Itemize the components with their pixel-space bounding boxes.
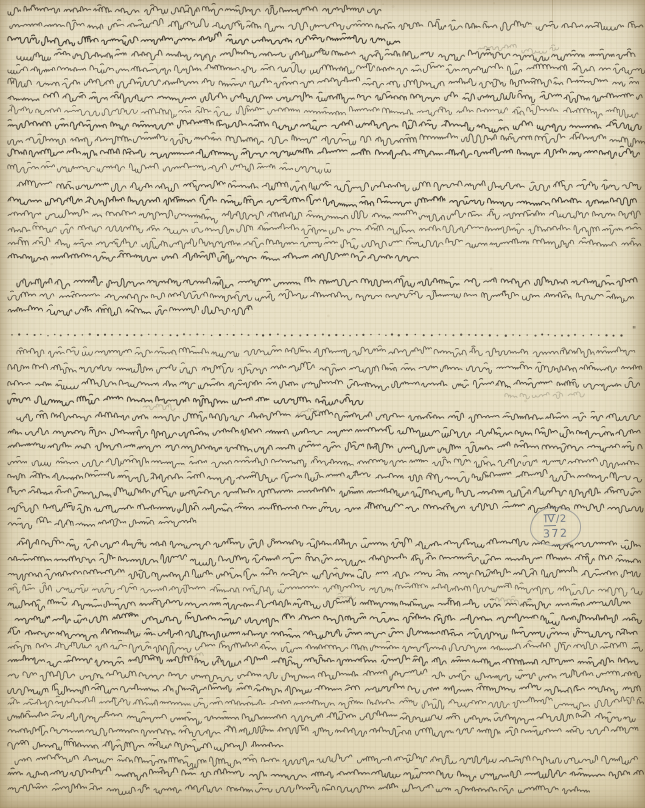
paper-speck: [583, 184, 586, 187]
manuscript-line: [8, 583, 642, 596]
manuscript-paragraph: [8, 275, 637, 315]
manuscript-line: [8, 4, 381, 16]
separator-dot: [256, 334, 258, 336]
paper-speck: [615, 163, 618, 166]
manuscript-line: [8, 655, 638, 668]
manuscript-line: [17, 180, 641, 192]
separator-dot: [335, 334, 337, 336]
separator-dot: [54, 334, 56, 336]
paper-speck: [524, 400, 527, 403]
paper-speck: [366, 160, 367, 161]
separator-dot: [605, 334, 607, 336]
paper-speck: [427, 204, 429, 206]
separator-dot: [203, 334, 205, 336]
separator-dot: [385, 335, 386, 336]
manuscript-line: [8, 640, 642, 654]
paper-speck: [287, 53, 289, 55]
manuscript-line: [8, 455, 639, 468]
manuscript-line: [8, 378, 640, 391]
separator-dot: [548, 334, 550, 336]
paper-speck: [99, 202, 101, 204]
paper-speck: [527, 339, 529, 341]
manuscript-line: [8, 119, 641, 133]
paper-speck: [162, 794, 164, 796]
manuscript-line: [8, 627, 637, 641]
paper-speck: [173, 195, 175, 197]
paper-speck: [545, 466, 548, 469]
paper-speck: [444, 624, 445, 625]
manuscript-line: [17, 410, 640, 423]
separator-dot: [481, 334, 483, 336]
separator-dot: [133, 334, 135, 336]
separator-dot: [362, 334, 364, 336]
paper-speck: [68, 122, 70, 124]
separator-dot: [620, 334, 622, 336]
paper-speck: [318, 250, 319, 251]
pencil-annotation: [143, 402, 175, 410]
dotted-separator: [11, 333, 622, 337]
manuscript-paragraph: [8, 4, 381, 16]
manuscript-line: [8, 91, 642, 103]
manuscript-line: [8, 305, 252, 316]
separator-dot: [356, 334, 358, 336]
paper-speck: [508, 166, 510, 168]
manuscript-paragraph: [8, 612, 644, 751]
manuscript-line: [8, 195, 637, 207]
paper-speck: [262, 796, 263, 797]
paper-speck: [299, 309, 301, 311]
paper-speck: [230, 197, 233, 200]
manuscript-line: [8, 738, 283, 751]
separator-dot: [406, 334, 408, 336]
paper-speck: [265, 78, 266, 79]
separator-dot: [111, 334, 113, 336]
manuscript-line: [17, 48, 635, 61]
manuscript-line: [8, 146, 639, 160]
paper-speck: [54, 477, 56, 479]
manuscript-paragraph: [8, 180, 641, 264]
manuscript-line: [15, 612, 641, 626]
separator-dot: [97, 334, 99, 336]
paper-speck: [526, 80, 528, 82]
separator-dot: [343, 334, 345, 336]
stamp-roman-numeral: IV: [544, 514, 556, 526]
separator-dot: [219, 334, 221, 336]
separator-dot: [519, 335, 521, 337]
manuscript-line: [8, 567, 640, 581]
manuscript-line: [8, 132, 645, 147]
paper-speck: [635, 419, 636, 420]
paper-speck: [329, 649, 331, 651]
paper-speck: [327, 315, 330, 318]
manuscript-line: [8, 104, 638, 118]
paper-speck: [410, 466, 412, 468]
separator-dot: [460, 334, 462, 336]
paper-speck: [493, 2, 495, 4]
paper-speck: [348, 88, 349, 89]
separator-dot: [415, 334, 417, 336]
paper-speck: [85, 167, 88, 170]
separator-dot: [574, 334, 576, 336]
separator-dot: [284, 335, 286, 337]
paper-speck: [504, 752, 506, 754]
separator-dot: [119, 334, 121, 336]
separator-dot: [262, 334, 264, 336]
manuscript-line: [17, 275, 637, 288]
manuscript-line: [8, 553, 640, 566]
paper-speck: [425, 10, 427, 12]
separator-dot: [431, 334, 433, 336]
manuscript-line: [8, 161, 331, 173]
separator-dot: [18, 333, 20, 335]
manuscript-line: [8, 62, 645, 74]
separator-dot: [590, 334, 592, 336]
separator-dot: [89, 333, 91, 335]
pencil-annotation: [505, 392, 584, 399]
separator-dot: [11, 334, 12, 335]
separator-dot: [445, 334, 447, 336]
paper-speck: [325, 522, 326, 523]
separator-dot: [291, 334, 293, 336]
paper-speck: [490, 268, 493, 271]
paper-speck: [175, 650, 176, 651]
separator-dot: [211, 335, 213, 337]
separator-dot: [40, 334, 41, 335]
stamp-number: 372: [543, 528, 569, 540]
separator-dot: [512, 334, 514, 336]
manuscript-line: [8, 393, 363, 406]
separator-dot: [170, 334, 172, 336]
paper-speck: [413, 766, 415, 768]
pencil-annotations: [143, 44, 584, 658]
paper-speck: [209, 567, 211, 569]
paper-speck: [334, 182, 335, 183]
separator-dot: [328, 334, 330, 336]
stamp-line1: IV /2: [544, 514, 567, 527]
paper-speck: [162, 350, 164, 352]
paper-speck: [130, 77, 131, 78]
separator-dot: [299, 335, 301, 337]
manuscript-line: [8, 711, 635, 725]
manuscript-paragraph: [8, 346, 642, 407]
paper-speck: [233, 325, 234, 326]
manuscript-line: [8, 251, 418, 264]
paper-speck: [25, 182, 28, 185]
separator-dot: [60, 334, 62, 336]
separator-dot: [489, 334, 491, 336]
paper-speck: [577, 232, 579, 234]
paper-speck: [91, 584, 93, 586]
manuscript-line: [8, 237, 641, 249]
stamp-fraction: /2: [556, 515, 567, 525]
paper-speck: [163, 751, 164, 752]
manuscript-line: [8, 289, 634, 302]
paper-speck: [618, 410, 619, 411]
separator-dot: [306, 334, 308, 336]
paper-speck: [382, 3, 384, 5]
separator-dot: [378, 334, 379, 335]
separator-dot: [82, 334, 84, 336]
paper-speck: [152, 558, 153, 559]
separator-dot: [370, 334, 371, 335]
separator-dot: [314, 334, 316, 336]
separator-dot: [423, 334, 425, 336]
manuscript-paragraph: [8, 538, 642, 611]
manuscript-line: [8, 441, 642, 454]
paper-speck: [157, 64, 160, 67]
separator-dot: [126, 334, 128, 336]
manuscript-line: [8, 209, 640, 223]
separator-dot: [227, 334, 228, 335]
paper-speck: [225, 706, 226, 707]
manuscript-line: [17, 346, 635, 358]
separator-dot: [74, 334, 76, 336]
separator-dot: [468, 334, 470, 336]
separator-dot: [561, 334, 563, 336]
paper-speck: [614, 230, 616, 232]
paper-speck: [19, 494, 21, 496]
handwriting-layer: [0, 0, 645, 808]
separator-dot: [34, 334, 36, 336]
separator-dot: [176, 334, 178, 336]
separator-dot: [541, 333, 543, 335]
manuscript-line: [10, 18, 643, 31]
paper-speck: [139, 701, 141, 703]
separator-dot: [554, 335, 556, 337]
manuscript-page: " IV /2 372: [0, 0, 645, 808]
manuscript-line: [8, 725, 638, 738]
separator-dot: [233, 334, 235, 336]
manuscript-line: [8, 669, 641, 682]
paper-speck: [248, 624, 250, 626]
separator-dot: [155, 334, 157, 336]
paper-speck: [175, 99, 177, 101]
pencil-annotation: [337, 593, 355, 599]
separator-dot: [598, 334, 599, 335]
separator-dot: [391, 333, 393, 335]
manuscript-paragraph: [8, 48, 645, 173]
paper-speck: [50, 263, 53, 266]
separator-dot: [148, 334, 150, 336]
separator-dot: [582, 335, 584, 337]
manuscript-line: [8, 783, 590, 795]
paper-speck: [363, 488, 365, 490]
separator-dot: [67, 334, 69, 336]
manuscript-paragraph: [8, 754, 644, 795]
paper-speck: [12, 116, 14, 118]
paper-speck: [0, 618, 2, 620]
paper-speck: [135, 481, 136, 482]
separator-dot: [162, 334, 163, 335]
paper-speck: [252, 314, 253, 315]
paper-speck: [536, 224, 539, 227]
separator-dot: [505, 335, 507, 337]
manuscript-line: [8, 766, 644, 781]
manuscript-line: [8, 32, 400, 46]
separator-dot: [189, 334, 190, 335]
manuscript-line: [8, 426, 640, 439]
paper-speck: [395, 446, 397, 448]
paper-speck: [226, 612, 228, 614]
separator-dot: [47, 335, 48, 336]
separator-dot: [196, 333, 198, 335]
separator-dot: [349, 335, 351, 337]
separator-dot: [475, 334, 477, 336]
separator-dot: [613, 335, 615, 337]
paper-speck: [236, 557, 237, 558]
separator-dot: [241, 334, 243, 336]
paper-speck: [48, 63, 50, 65]
separator-dot: [248, 334, 250, 336]
separator-dot: [398, 334, 400, 336]
paper-speck: [293, 95, 295, 97]
separator-dot: [452, 334, 454, 336]
paper-speck: [268, 3, 270, 5]
paper-speck: [601, 709, 603, 711]
manuscript-line: [8, 76, 639, 89]
separator-dot: [141, 334, 143, 336]
manuscript-line: [8, 598, 630, 611]
manuscript-line: [8, 469, 642, 484]
manuscript-line: [8, 486, 641, 498]
separator-dot: [269, 334, 271, 336]
manuscript-line: [8, 222, 641, 236]
paper-speck: [319, 50, 321, 52]
paper-speck: [392, 5, 395, 8]
separator-dot: [534, 335, 536, 337]
separator-dot: [183, 333, 185, 335]
paper-speck: [162, 14, 165, 17]
manuscript-line: [8, 683, 641, 695]
paper-speck: [37, 476, 40, 479]
paper-speck: [478, 30, 480, 32]
separator-dot: [104, 334, 106, 336]
paper-speck: [26, 627, 28, 629]
manuscript-paragraph: [8, 18, 643, 45]
paper-speck: [173, 292, 174, 293]
separator-dot: [497, 335, 499, 337]
separator-dot: [567, 335, 569, 337]
manuscript-line: [8, 696, 644, 709]
separator-dot: [526, 334, 528, 336]
pencil-annotation: [492, 596, 531, 605]
paper-speck: [498, 229, 499, 230]
separator-quote-mark: ": [632, 326, 636, 336]
paper-speck: [575, 624, 578, 627]
separator-dot: [439, 334, 441, 336]
manuscript-line: [8, 517, 196, 529]
paper-speck: [639, 64, 641, 66]
paper-speck: [591, 250, 593, 252]
separator-dot: [277, 333, 279, 335]
manuscript-line: [8, 362, 642, 375]
separator-dot: [26, 334, 28, 336]
paper-speck: [284, 256, 286, 258]
separator-dot: [322, 333, 324, 335]
paper-speck: [323, 411, 325, 413]
